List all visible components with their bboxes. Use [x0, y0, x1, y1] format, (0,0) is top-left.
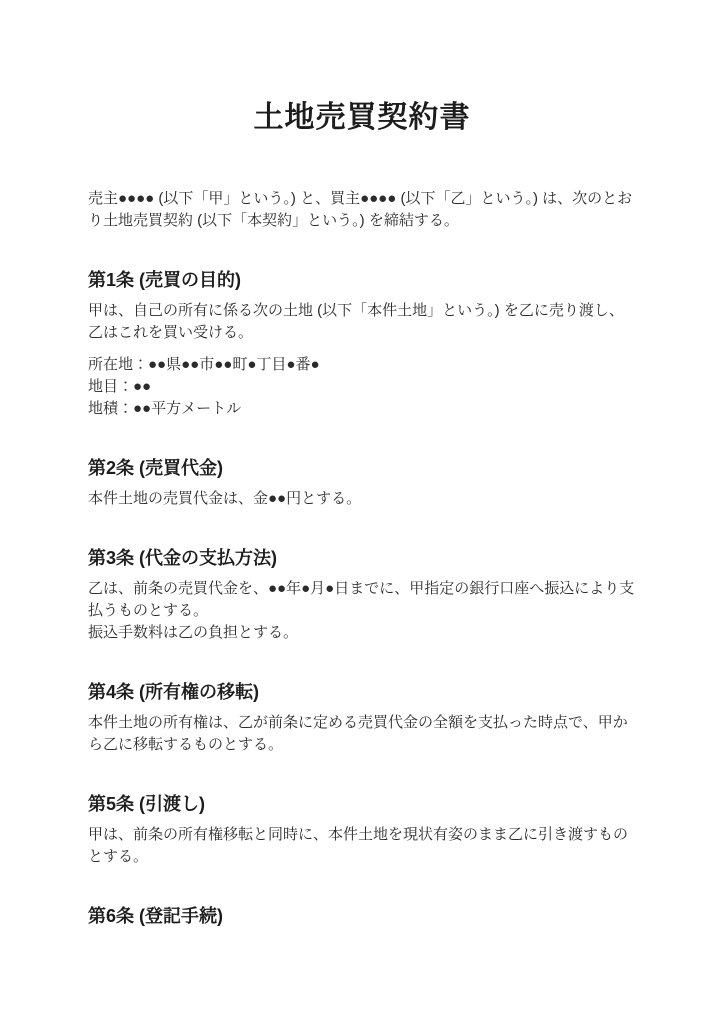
article-1-heading: 第1条 (売買の目的) — [88, 268, 636, 292]
section-article-2: 第2条 (売買代金) 本件土地の売買代金は、金●●円とする。 — [88, 456, 636, 510]
article-6-heading: 第6条 (登記手続) — [88, 904, 636, 928]
section-article-4: 第4条 (所有権の移転) 本件土地の所有権は、乙が前条に定める売買代金の全額を支… — [88, 680, 636, 756]
article-3-paragraph: 乙は、前条の売買代金を、●●年●月●日までに、甲指定の銀行口座へ振込により支払う… — [88, 578, 636, 644]
section-article-5: 第5条 (引渡し) 甲は、前条の所有権移転と同時に、本件土地を現状有姿のまま乙に… — [88, 792, 636, 868]
section-article-3: 第3条 (代金の支払方法) 乙は、前条の売買代金を、●●年●月●日までに、甲指定… — [88, 546, 636, 644]
article-1-paragraph: 甲は、自己の所有に係る次の土地 (以下「本件土地」という。) を乙に売り渡し、乙… — [88, 300, 636, 344]
article-2-paragraph: 本件土地の売買代金は、金●●円とする。 — [88, 488, 636, 510]
article-5-paragraph: 甲は、前条の所有権移転と同時に、本件土地を現状有姿のまま乙に引き渡すものとする。 — [88, 824, 636, 868]
contract-document-page: 土地売買契約書 売主●●●● (以下「甲」という。) と、買主●●●● (以下「… — [0, 0, 724, 1024]
article-4-heading: 第4条 (所有権の移転) — [88, 680, 636, 704]
intro-paragraph: 売主●●●● (以下「甲」という。) と、買主●●●● (以下「乙」という。) … — [88, 188, 636, 232]
section-article-6: 第6条 (登記手続) — [88, 904, 636, 928]
article-4-paragraph: 本件土地の所有権は、乙が前条に定める売買代金の全額を支払った時点で、甲から乙に移… — [88, 712, 636, 756]
article-3-heading: 第3条 (代金の支払方法) — [88, 546, 636, 570]
section-article-1: 第1条 (売買の目的) 甲は、自己の所有に係る次の土地 (以下「本件土地」という… — [88, 268, 636, 420]
article-5-heading: 第5条 (引渡し) — [88, 792, 636, 816]
document-title: 土地売買契約書 — [88, 96, 636, 140]
article-2-heading: 第2条 (売買代金) — [88, 456, 636, 480]
article-1-land-details: 所在地：●●県●●市●●町●丁目●番● 地目：●● 地積：●●平方メートル — [88, 354, 636, 420]
